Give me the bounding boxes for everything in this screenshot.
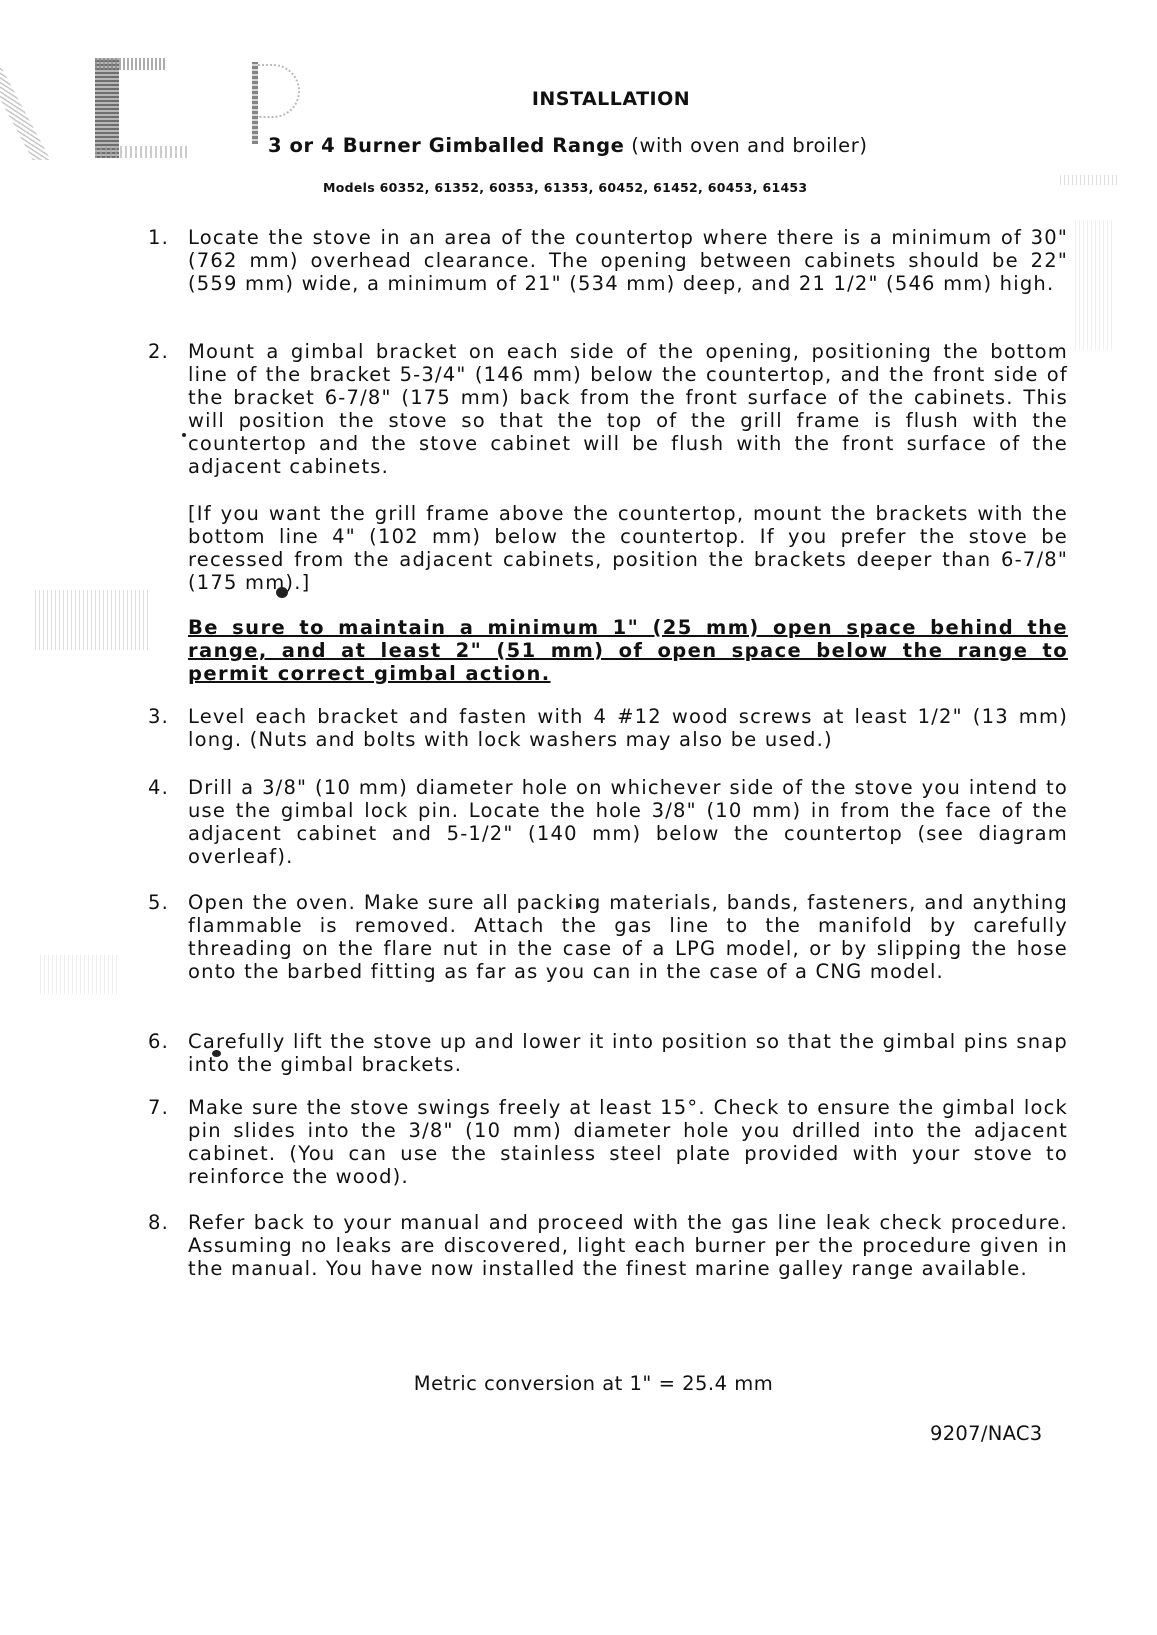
logo-c-letter-top (95, 58, 165, 70)
step-5: 5. Open the oven. Make sure all packing … (148, 891, 1068, 983)
step-text: Make sure the stove swings freely at lea… (188, 1096, 1068, 1188)
step-6: 6. Carefully lift the stove up and lower… (148, 1030, 1068, 1076)
logo-slash-mark (0, 60, 51, 160)
step-2-clearance-warning: Be sure to maintain a minimum 1" (25 mm)… (188, 616, 1068, 685)
step-number: 2. (148, 340, 169, 363)
scan-ink-dot (212, 1050, 221, 1057)
step-7: 7. Make sure the stove swings freely at … (148, 1096, 1068, 1188)
step-4: 4. Drill a 3/8" (10 mm) diameter hole on… (148, 776, 1068, 868)
scan-margin-noise (1075, 220, 1115, 350)
step-number: 7. (148, 1096, 169, 1119)
step-text: Carefully lift the stove up and lower it… (188, 1030, 1068, 1076)
scan-ink-blot (276, 587, 288, 598)
scan-margin-noise (35, 590, 150, 650)
step-number: 5. (148, 891, 169, 914)
model-numbers: Models 60352, 61352, 60353, 61353, 60452… (323, 180, 807, 195)
scan-margin-noise (1060, 175, 1120, 185)
metric-conversion-note: Metric conversion at 1" = 25.4 mm (0, 1372, 1157, 1395)
step-text: Refer back to your manual and proceed wi… (188, 1211, 1068, 1280)
step-2: 2. Mount a gimbal bracket on each side o… (148, 340, 1068, 478)
subtitle-description: (with oven and broiler) (625, 134, 868, 157)
step-text: Open the oven. Make sure all packing mat… (188, 891, 1068, 983)
step-number: 1. (148, 226, 169, 249)
subtitle-product-name: 3 or 4 Burner Gimballed Range (268, 134, 625, 157)
scan-margin-noise (40, 955, 120, 995)
step-text: Drill a 3/8" (10 mm) diameter hole on wh… (188, 776, 1068, 868)
document-subtitle: 3 or 4 Burner Gimballed Range (with oven… (268, 134, 868, 157)
step-number: 3. (148, 705, 169, 728)
step-3: 3. Level each bracket and fasten with 4 … (148, 705, 1068, 751)
document-title: INSTALLATION (0, 88, 1157, 110)
document-reference-code: 9207/NAC3 (930, 1422, 1043, 1445)
logo-c-letter-bottom (95, 146, 190, 158)
step-2-bracket-note: [If you want the grill frame above the c… (188, 502, 1068, 594)
step-8: 8. Refer back to your manual and proceed… (148, 1211, 1068, 1280)
step-number: 8. (148, 1211, 169, 1234)
scanned-document-page: INSTALLATION 3 or 4 Burner Gimballed Ran… (0, 0, 1157, 1635)
step-1: 1. Locate the stove in an area of the co… (148, 226, 1068, 295)
step-text: Level each bracket and fasten with 4 #12… (188, 705, 1068, 751)
step-text: Mount a gimbal bracket on each side of t… (188, 340, 1068, 478)
step-number: 4. (148, 776, 169, 799)
step-text: Locate the stove in an area of the count… (188, 226, 1068, 295)
scan-ink-dot (182, 433, 186, 437)
scan-ink-dot (576, 903, 581, 908)
step-number: 6. (148, 1030, 169, 1053)
